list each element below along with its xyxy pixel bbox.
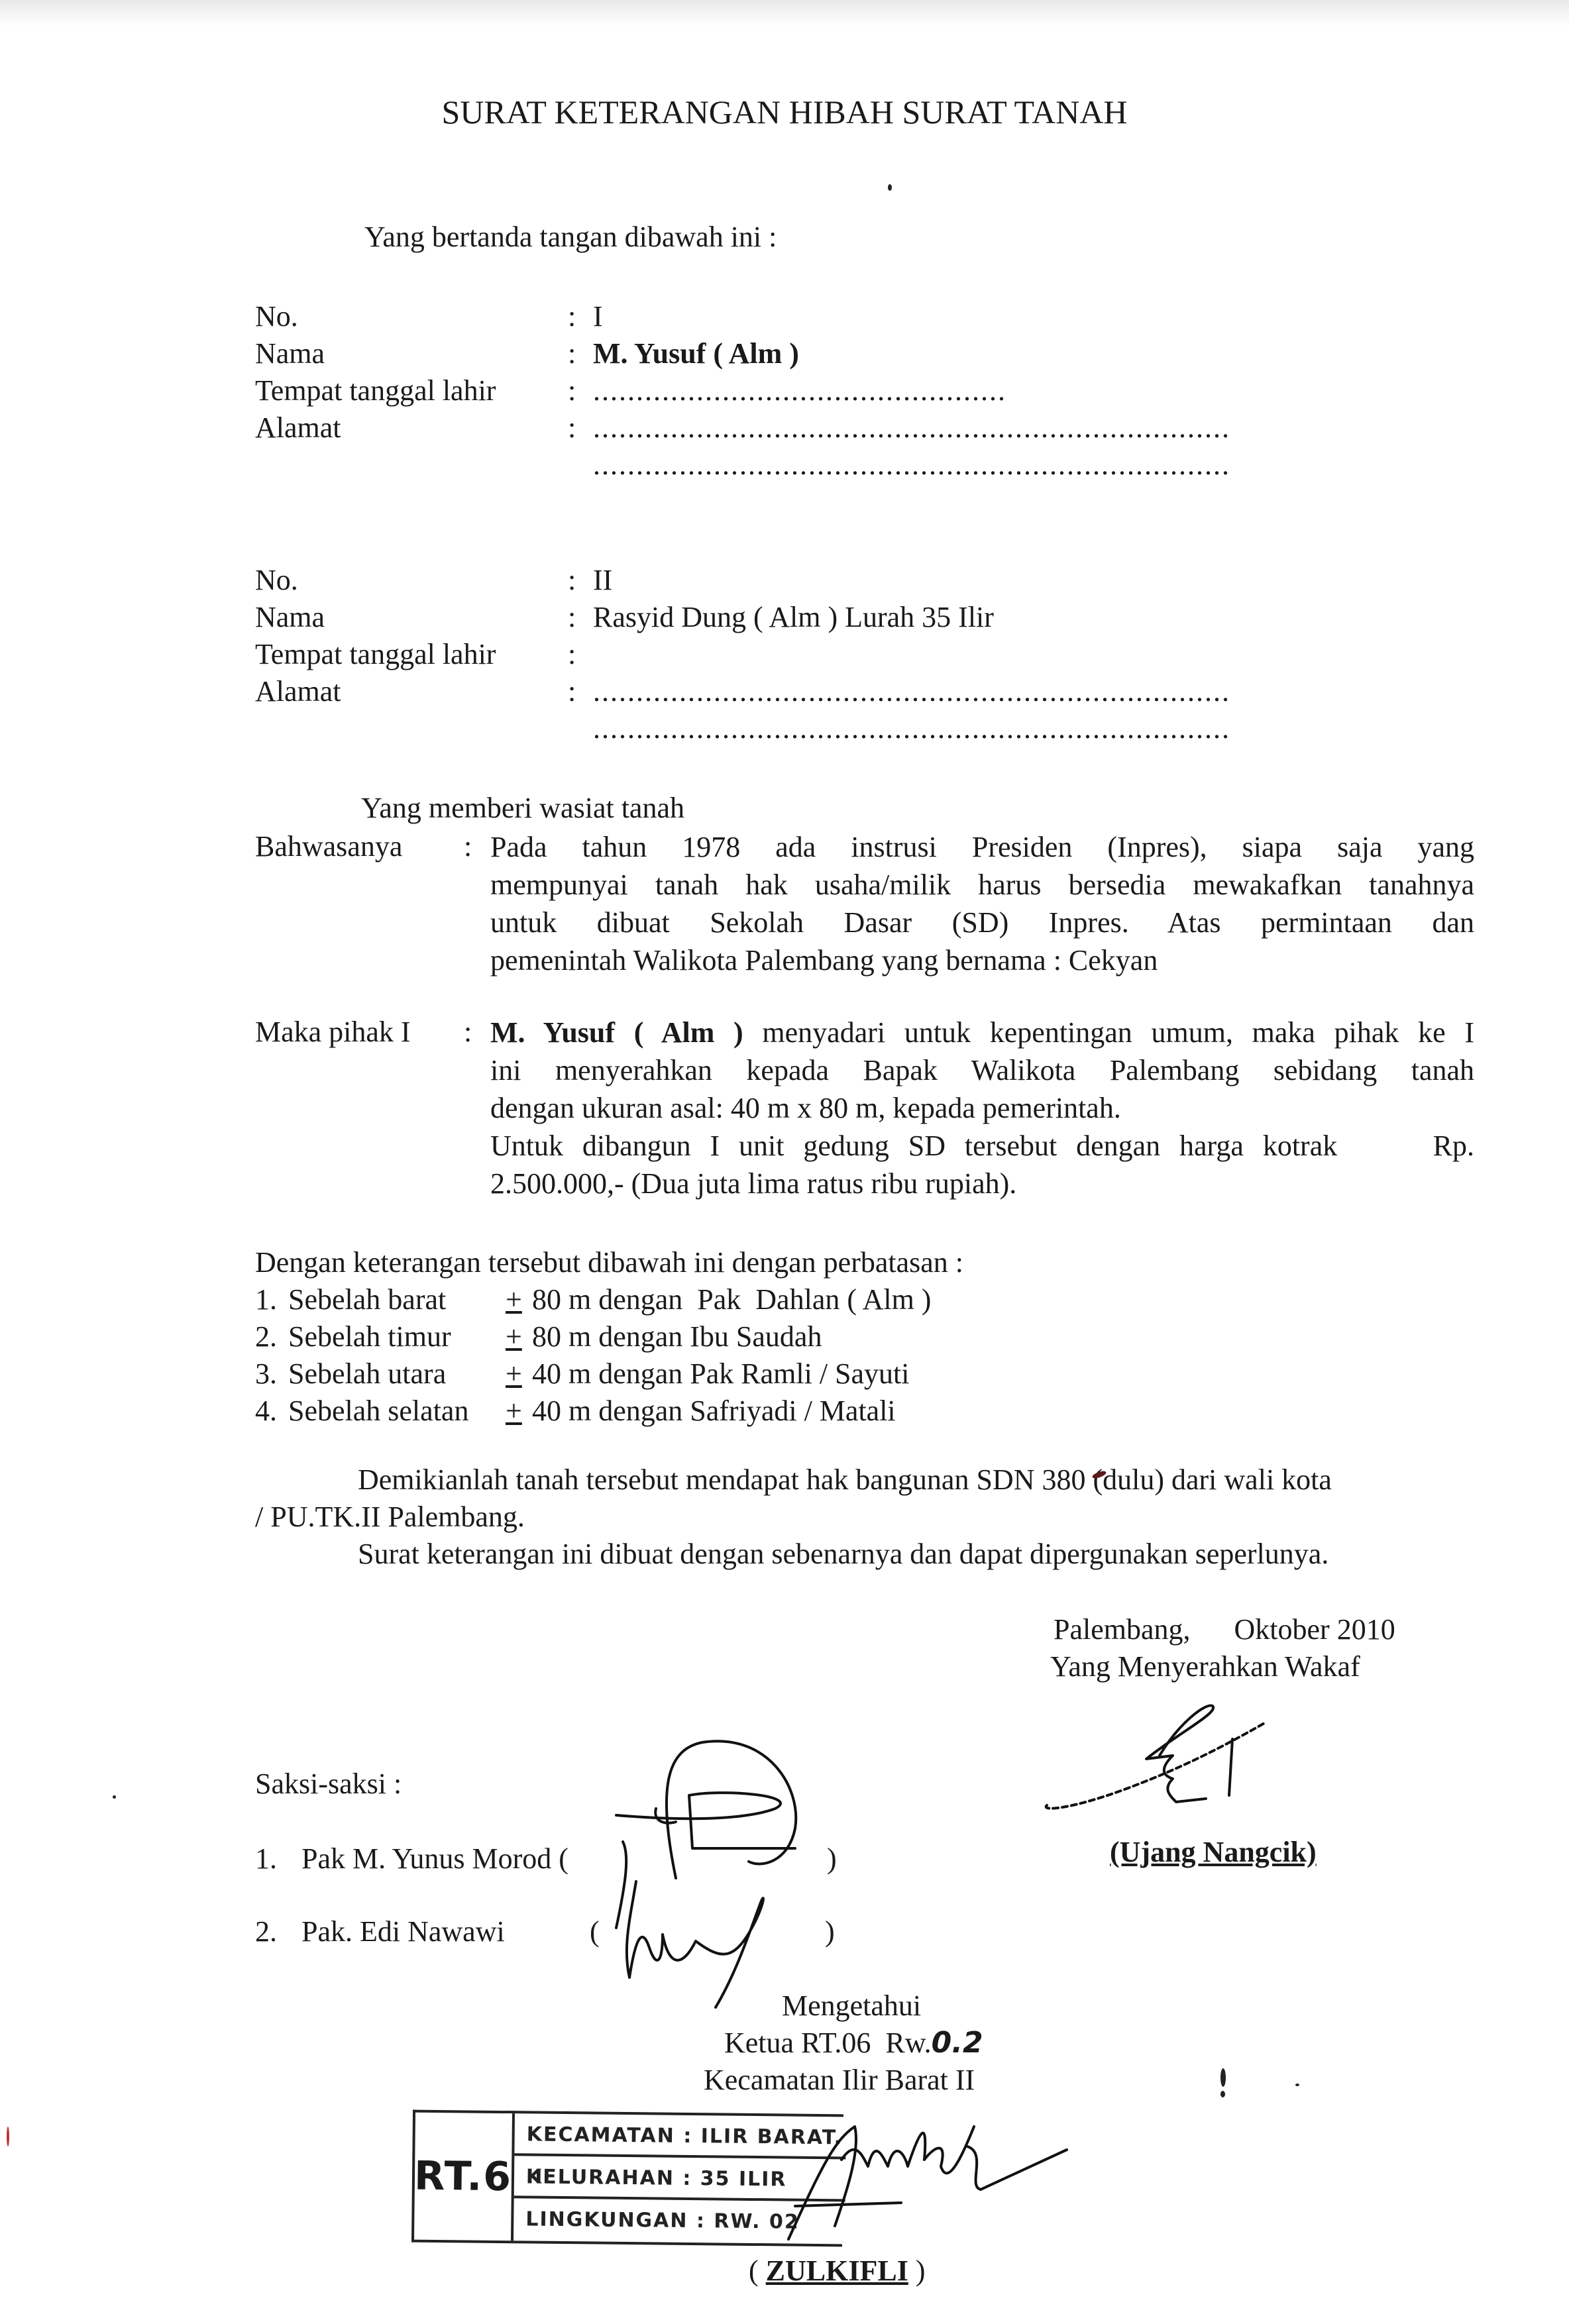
paragraph-line: pemenintah Walikota Palembang yang berna… [490, 941, 1474, 979]
field-colon: : [568, 372, 576, 409]
field-value: ........................................… [593, 710, 1230, 747]
field-label: No. [255, 298, 298, 335]
scan-speck [888, 184, 892, 191]
witness-num: 2. [255, 1913, 277, 1950]
field-colon: : [568, 562, 576, 599]
signature-ujang [1047, 1696, 1312, 1828]
signatory-name: (Ujang Nangcik) [1110, 1834, 1317, 1871]
stamp-rt-label: RT.6 [414, 2113, 515, 2241]
bahwasanya-label: Bahwasanya [255, 828, 402, 865]
field-value: M. Yusuf ( Alm ) [593, 335, 799, 372]
maka-pihak-paragraph: M. Yusuf ( Alm ) menyadari untuk kepenti… [490, 1014, 1474, 1202]
witness-num: 1. [255, 1840, 277, 1877]
witness-name: Pak. Edi Nawawi [301, 1913, 505, 1950]
field-label: Alamat [255, 409, 341, 447]
closing-line-3: Surat keterangan ini dibuat dengan seben… [358, 1536, 1328, 1573]
maka-pihak-colon: : [464, 1014, 472, 1051]
ack-role-text: Ketua RT.06 Rw. [724, 2027, 932, 2059]
boundary-side: Sebelah timur [288, 1318, 451, 1355]
boundary-num: 1. [255, 1281, 277, 1318]
boundary-num: 2. [255, 1318, 277, 1355]
plus-minus-icon: + [506, 1318, 522, 1355]
field-label: Nama [255, 599, 325, 636]
document-page: SURAT KETERANGAN HIBAH SURAT TANAH Yang … [0, 0, 1569, 2324]
boundary-desc: 80 m dengan Pak Dahlan ( Alm ) [532, 1281, 931, 1318]
paragraph-line: ini menyerahkan kepada Bapak Walikota Pa… [490, 1051, 1474, 1089]
field-value: II [593, 562, 612, 599]
field-label: Alamat [255, 673, 341, 710]
boundary-desc: 40 m dengan Pak Ramli / Sayuti [532, 1355, 910, 1393]
plus-minus-icon: + [506, 1393, 522, 1430]
boundary-side: Sebelah selatan [288, 1393, 468, 1430]
scan-speck [7, 2127, 9, 2146]
ack-name-text: ZULKIFLI [766, 2254, 908, 2287]
scan-speck [1295, 2084, 1299, 2086]
boundary-side: Sebelah utara [288, 1355, 446, 1393]
field-value: ........................................… [593, 673, 1230, 710]
ack-title: Mengetahui [782, 1987, 921, 2025]
stamp-row: KECAMATAN : ILIR BARAT. II [514, 2113, 846, 2159]
paragraph-line: 2.500.000,- (Dua juta lima ratus ribu ru… [490, 1165, 1474, 1202]
boundary-side: Sebelah barat [288, 1281, 446, 1318]
paragraph-line: mempunyai tanah hak usaha/milik harus be… [490, 866, 1474, 904]
scan-speck [1220, 2091, 1225, 2097]
ack-role: Ketua RT.06 Rw.0.2 [724, 2025, 983, 2062]
maka-pihak-label: Maka pihak I [255, 1014, 411, 1051]
ack-district: Kecamatan Ilir Barat II [704, 2062, 975, 2099]
giver-note: Yang memberi wasiat tanah [361, 790, 684, 827]
handwritten-rw: 0.2 [932, 2026, 983, 2060]
signatory-role: Yang Menyerahkan Wakaf [1050, 1648, 1360, 1685]
field-value: Rasyid Dung ( Alm ) Lurah 35 Ilir [593, 599, 994, 636]
paren: ) [908, 2254, 926, 2287]
boundaries-heading: Dengan keterangan tersebut dibawah ini d… [255, 1244, 963, 1281]
bahwasanya-colon: : [464, 828, 472, 865]
paragraph-line: untuk dibuat Sekolah Dasar (SD) Inpres. … [490, 904, 1474, 941]
boundary-num: 4. [255, 1393, 277, 1430]
field-colon: : [568, 673, 576, 710]
closing-line-1: Demikianlah tanah tersebut mendapat hak … [358, 1461, 1332, 1499]
field-value: ........................................… [593, 409, 1230, 447]
field-colon: : [568, 599, 576, 636]
field-colon: : [568, 409, 576, 447]
witnesses-heading: Saksi-saksi : [255, 1766, 402, 1803]
scan-speck [113, 1795, 116, 1799]
closing-line-2: / PU.TK.II Palembang. [255, 1499, 525, 1536]
field-colon: : [568, 636, 576, 673]
field-value: ........................................… [593, 447, 1230, 484]
field-label: Nama [255, 335, 325, 372]
field-value: ........................................… [593, 372, 1006, 409]
boundary-num: 3. [255, 1355, 277, 1393]
field-label: Tempat tanggal lahir [255, 372, 496, 409]
paragraph-line: Untuk dibangun I unit gedung SD tersebut… [490, 1127, 1474, 1165]
boundary-desc: 80 m dengan Ibu Saudah [532, 1318, 822, 1355]
ack-name: ( ZULKIFLI ) [749, 2252, 925, 2290]
boundary-desc: 40 m dengan Safriyadi / Matali [532, 1393, 896, 1430]
stamp-row: KELURAHAN : 35 ILIR [514, 2156, 846, 2201]
witness-paren: ( [590, 1913, 600, 1950]
paragraph-line: M. Yusuf ( Alm ) menyadari untuk kepenti… [490, 1014, 1474, 1051]
field-value: I [593, 298, 603, 335]
signature-zulkifli [815, 2113, 1093, 2246]
field-colon: : [568, 335, 576, 372]
paragraph-line: dengan ukuran asal: 40 m x 80 m, kepada … [490, 1089, 1474, 1127]
plus-minus-icon: + [506, 1281, 522, 1318]
field-label: Tempat tanggal lahir [255, 636, 496, 673]
paren: ( [749, 2254, 766, 2287]
field-colon: : [568, 298, 576, 335]
witness-name: Pak M. Yunus Morod ( [301, 1840, 568, 1877]
plus-minus-icon: + [506, 1355, 522, 1393]
place-date: Palembang, Oktober 2010 [1054, 1611, 1395, 1648]
rt-stamp: RT.6 KECAMATAN : ILIR BARAT. II KELURAHA… [411, 2110, 843, 2247]
bahwasanya-paragraph: Pada tahun 1978 ada instrusi Presiden (I… [490, 828, 1474, 979]
subject-name: M. Yusuf ( Alm ) [490, 1016, 743, 1049]
document-title: SURAT KETERANGAN HIBAH SURAT TANAH [0, 93, 1569, 131]
paragraph-text: menyadari untuk kepentingan umum, maka p… [743, 1016, 1474, 1049]
field-label: No. [255, 562, 298, 599]
paragraph-line: Pada tahun 1978 ada instrusi Presiden (I… [490, 828, 1474, 866]
scan-speck [1220, 2068, 1226, 2087]
intro-text: Yang bertanda tangan dibawah ini : [364, 219, 777, 256]
